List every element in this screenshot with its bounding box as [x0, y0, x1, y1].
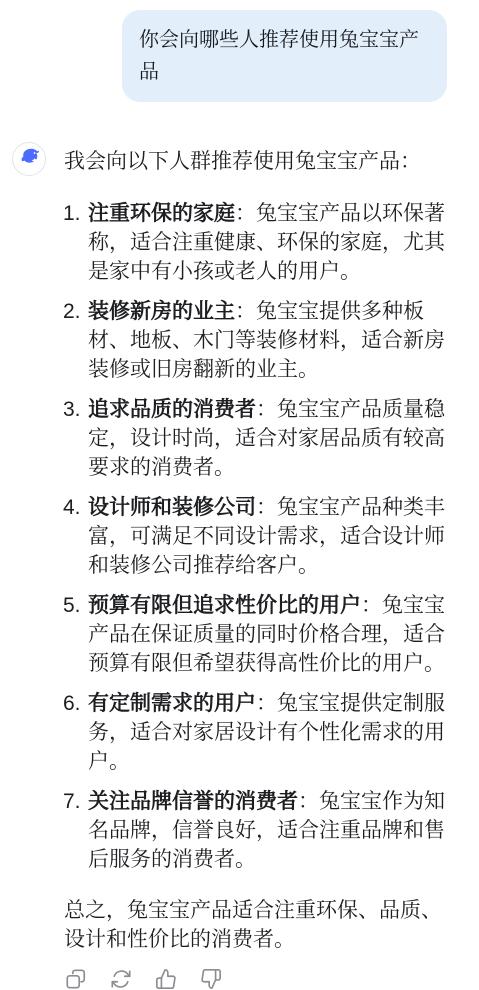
- dislike-button[interactable]: [199, 968, 223, 990]
- assistant-intro: 我会向以下人群推荐使用兔宝宝产品：: [64, 147, 462, 176]
- list-item-number: 6.: [63, 689, 81, 718]
- thumbs-down-icon: [200, 968, 222, 990]
- assistant-message-row: 我会向以下人群推荐使用兔宝宝产品： 1.注重环保的家庭：兔宝宝产品以环保著称，适…: [0, 142, 479, 990]
- chat-view: 你会向哪些人推荐使用兔宝宝产品 我会向以下人群推荐使用兔宝宝产品： 1.注重环保…: [0, 0, 479, 990]
- list-item-number: 1.: [63, 199, 81, 228]
- list-item-title: 追求品质的消费者: [88, 398, 256, 421]
- thumbs-up-icon: [155, 968, 177, 990]
- list-item: 5.预算有限但追求性价比的用户：兔宝宝产品在保证质量的同时价格合理，适合预算有限…: [64, 591, 462, 678]
- deepseek-whale-icon: [17, 145, 41, 174]
- copy-icon: [65, 968, 87, 990]
- message-action-bar: [64, 968, 462, 990]
- assistant-message-body: 我会向以下人群推荐使用兔宝宝产品： 1.注重环保的家庭：兔宝宝产品以环保著称，适…: [64, 142, 462, 990]
- assistant-summary: 总之，兔宝宝产品适合注重环保、品质、设计和性价比的消费者。: [64, 896, 462, 954]
- list-item: 1.注重环保的家庭：兔宝宝产品以环保著称，适合注重健康、环保的家庭，尤其是家中有…: [64, 199, 462, 286]
- user-message-row: 你会向哪些人推荐使用兔宝宝产品: [0, 0, 479, 102]
- list-item: 4.设计师和装修公司：兔宝宝产品种类丰富，可满足不同设计需求，适合设计师和装修公…: [64, 493, 462, 580]
- list-item-number: 5.: [63, 591, 81, 620]
- like-button[interactable]: [154, 968, 178, 990]
- list-item-title: 有定制需求的用户: [88, 692, 256, 715]
- list-item-title: 设计师和装修公司: [88, 496, 256, 519]
- list-item-number: 2.: [63, 297, 81, 326]
- list-item-number: 7.: [63, 787, 81, 816]
- copy-button[interactable]: [64, 968, 88, 990]
- assistant-avatar: [12, 142, 46, 176]
- regenerate-icon: [110, 968, 132, 990]
- list-item-title: 预算有限但追求性价比的用户: [88, 594, 361, 617]
- user-message-text: 你会向哪些人推荐使用兔宝宝产品: [139, 29, 419, 83]
- recommendation-list: 1.注重环保的家庭：兔宝宝产品以环保著称，适合注重健康、环保的家庭，尤其是家中有…: [64, 199, 462, 874]
- list-item-title: 注重环保的家庭: [88, 202, 235, 225]
- list-item-number: 4.: [63, 493, 81, 522]
- list-item: 2.装修新房的业主：兔宝宝提供多种板材、地板、木门等装修材料，适合新房装修或旧房…: [64, 297, 462, 384]
- list-item: 7.关注品牌信誉的消费者：兔宝宝作为知名品牌，信誉良好，适合注重品牌和售后服务的…: [64, 787, 462, 874]
- list-item-number: 3.: [63, 395, 81, 424]
- list-item-title: 关注品牌信誉的消费者: [88, 790, 298, 813]
- list-item: 6.有定制需求的用户：兔宝宝提供定制服务，适合对家居设计有个性化需求的用户。: [64, 689, 462, 776]
- list-item: 3.追求品质的消费者：兔宝宝产品质量稳定，设计时尚，适合对家居品质有较高要求的消…: [64, 395, 462, 482]
- user-message-bubble: 你会向哪些人推荐使用兔宝宝产品: [122, 10, 447, 102]
- list-item-title: 装修新房的业主: [88, 300, 235, 323]
- regenerate-button[interactable]: [109, 968, 133, 990]
